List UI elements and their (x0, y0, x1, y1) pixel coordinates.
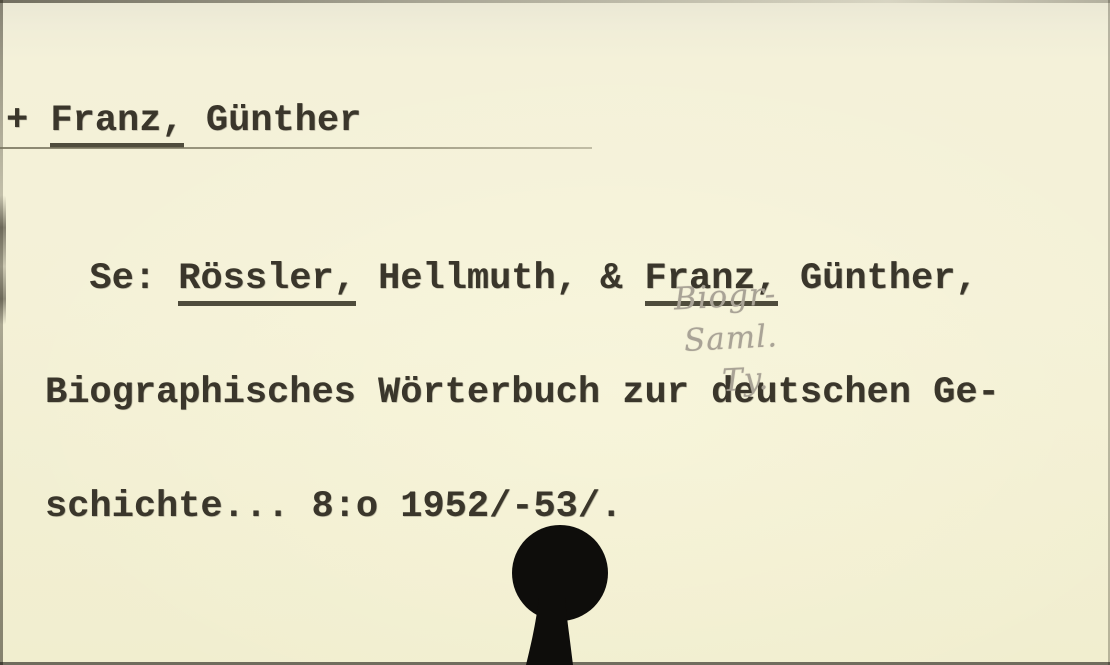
heading-surname: Franz, (50, 100, 183, 148)
author1-name: Rössler, (178, 258, 356, 306)
pencil-note-line-1: Biogr- (665, 273, 778, 321)
see-reference-label: Se: (45, 258, 178, 300)
punch-hole-keyhole (505, 520, 615, 665)
author1-given: Hellmuth, & (356, 258, 645, 300)
pencil-note-line-3: Ty. (669, 357, 782, 405)
pencil-classification-note: Biogr- Saml. Ty. (665, 273, 782, 405)
catalog-card: + Franz, Günther Se: Rössler, Hellmuth, … (0, 0, 1110, 665)
author2-given: Günther, (778, 258, 978, 300)
heading-rule-line (0, 147, 592, 149)
pencil-note-line-2: Saml. (667, 315, 780, 363)
heading-plus-mark: + (6, 100, 50, 142)
heading-given-name: Günther (184, 100, 362, 142)
card-heading: + Franz, Günther (6, 100, 361, 142)
scan-edge-top (0, 0, 1110, 3)
scan-edge-left (0, 0, 3, 665)
scan-smudge (0, 195, 6, 325)
reference-line-2: Biographisches Wörterbuch zur deutschen … (45, 374, 1000, 412)
reference-line-1: Se: Rössler, Hellmuth, & Franz, Günther, (45, 260, 1000, 298)
